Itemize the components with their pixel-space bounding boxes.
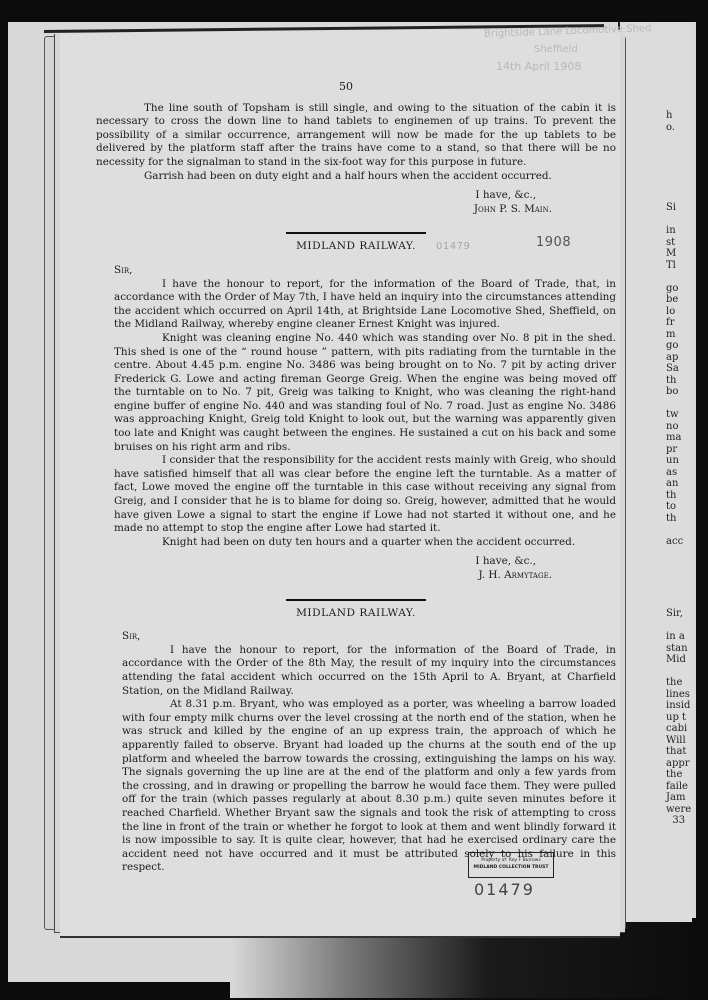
catalogue-number: 01479 [474, 880, 535, 899]
annotation-id: 01479 [436, 240, 470, 254]
section-heading: MIDLAND RAILWAY. 01479 1908 [96, 240, 616, 254]
stamp-owner: Property of: Roy F Burrows [469, 857, 553, 864]
paragraph: I consider that the responsibility for t… [114, 454, 616, 536]
closing: I have, &c., [114, 555, 616, 569]
handwritten-note: Sheffield [534, 44, 578, 55]
section-brightside: Sir, I have the honour to report, for th… [96, 264, 616, 583]
stamp-collection: MIDLAND COLLECTION TRUST [469, 864, 553, 871]
annotation-year: 1908 [536, 236, 571, 250]
page-number: 50 [96, 80, 616, 94]
section-topsham: The line south of Topsham is still singl… [96, 102, 616, 217]
paragraph: The line south of Topsham is still singl… [96, 102, 616, 170]
section-charfield: Sir, I have the honour to report, for th… [96, 630, 616, 875]
document-body: 50 The line south of Topsham is still si… [96, 80, 616, 875]
salutation: Sir, [122, 630, 616, 644]
adjacent-page-text-top: h o. [666, 110, 675, 133]
closing: I have, &c., [96, 189, 616, 203]
paragraph: I have the honour to report, for the inf… [122, 644, 616, 698]
collection-stamp: Property of: Roy F Burrows MIDLAND COLLE… [468, 852, 554, 878]
paragraph: Garrish had been on duty eight and a hal… [96, 170, 616, 184]
edge [696, 22, 708, 982]
divider [286, 599, 426, 601]
adjacent-page-text-bottom: Sir, in a stan Mid the lines insid up t … [666, 608, 691, 827]
signature: J. H. Armytage. [114, 569, 616, 583]
signature: John P. S. Main. [96, 203, 616, 217]
paragraph: I have the honour to report, for the inf… [114, 278, 616, 332]
divider [286, 232, 426, 234]
adjacent-page-text-mid: Si in st M Tl go be lo fr m go ap Sa th … [666, 202, 683, 547]
paragraph: Knight had been on duty ten hours and a … [114, 536, 616, 550]
paragraph: Knight was cleaning engine No. 440 which… [114, 332, 616, 454]
salutation: Sir, [114, 264, 616, 278]
heading-text: MIDLAND RAILWAY. [296, 240, 416, 252]
section-heading: MIDLAND RAILWAY. [96, 607, 616, 621]
paragraph: At 8.31 p.m. Bryant, who was employed as… [122, 698, 616, 875]
handwritten-note: 14th April 1908 [496, 60, 581, 73]
